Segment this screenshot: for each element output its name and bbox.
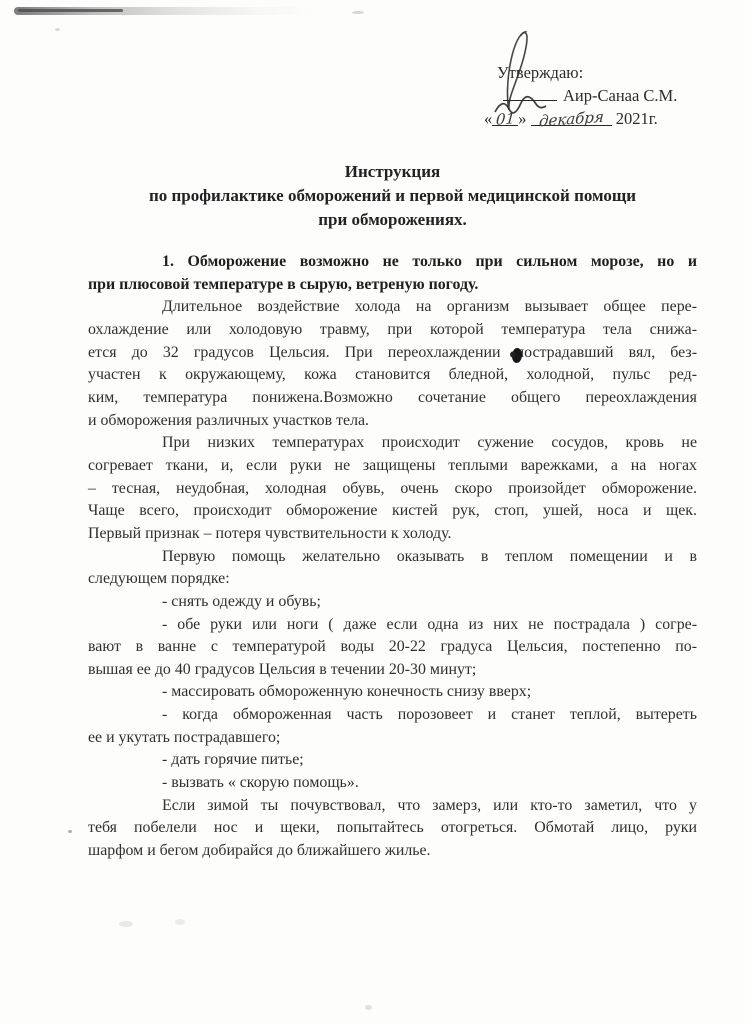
text-line: Длительное воздействие холода на организ… xyxy=(88,296,697,319)
text-line: - когда обмороженная часть порозовеет и … xyxy=(88,704,697,727)
text-line: Первый признак – потеря чувствительности… xyxy=(88,523,697,546)
text-line: ее и укутать пострадавшего; xyxy=(88,727,697,750)
text-line: Если зимой ты почувствовал, что замерз, … xyxy=(88,795,697,818)
text-line: - обе руки или ноги ( даже если одна из … xyxy=(88,614,697,637)
text-line: При низких температурах происходит сужен… xyxy=(88,432,697,455)
scan-speck xyxy=(352,11,364,14)
text-line: согревает ткани, и, если руки не защищен… xyxy=(88,455,697,478)
text-line: - дать горячие питье; xyxy=(88,749,697,772)
text-line: – тесная, неудобная, холодная обувь, оче… xyxy=(88,478,697,501)
text-line: участен к окружающему, кожа становится б… xyxy=(88,364,697,387)
scan-speck xyxy=(365,1005,372,1010)
scanned-document-page: Утверждаю: Аир-Санаа С.М. «01» декабря 2… xyxy=(0,0,745,1024)
text-line: вают в ванне с температурой воды 20-22 г… xyxy=(88,636,697,659)
text-line: - массировать обмороженную конечность сн… xyxy=(88,681,697,704)
scan-speck xyxy=(175,919,185,925)
scan-smudge-top xyxy=(14,7,314,15)
scan-speck xyxy=(55,28,60,31)
text-line: охлаждение или холодовую травму, при кот… xyxy=(88,319,697,342)
document-title: Инструкция по профилактике обморожений и… xyxy=(88,160,697,232)
text-line: Чаще всего, происходит обморожение кисте… xyxy=(88,500,697,523)
document-body: 1. Обморожение возможно не только при си… xyxy=(88,251,697,863)
title-line-3: при обморожениях. xyxy=(88,208,697,232)
text-line: при плюсовой температуре в сырую, ветрен… xyxy=(88,274,697,297)
text-line: следующем порядке: xyxy=(88,568,697,591)
title-line-1: Инструкция xyxy=(88,160,697,184)
text-line: - снять одежду и обувь; xyxy=(88,591,697,614)
text-line: ким, температура понижена.Возможно сочет… xyxy=(88,387,697,410)
text-line: шарфом и бегом добирайся до ближайшего ж… xyxy=(88,840,697,863)
text-line: ется до 32 градусов Цельсия. При переохл… xyxy=(88,342,697,365)
text-line: и обморожения различных участков тела. xyxy=(88,410,697,433)
text-line: - вызвать « скорую помощь». xyxy=(88,772,697,795)
title-line-2: по профилактике обморожений и первой мед… xyxy=(88,184,697,208)
scan-speck xyxy=(68,830,72,833)
text-line: вышая ее до 40 градусов Цельсия в течени… xyxy=(88,659,697,682)
text-line: тебя побелели нос и щеки, попытайтесь от… xyxy=(88,817,697,840)
text-line: 1. Обморожение возможно не только при си… xyxy=(88,251,697,274)
text-line: Первую помощь желательно оказывать в теп… xyxy=(88,546,697,569)
approval-year: 2021г. xyxy=(616,109,658,128)
scan-speck xyxy=(119,921,133,927)
approval-signatory: Аир-Санаа С.М. xyxy=(563,86,677,105)
signature-flourish xyxy=(478,26,574,118)
